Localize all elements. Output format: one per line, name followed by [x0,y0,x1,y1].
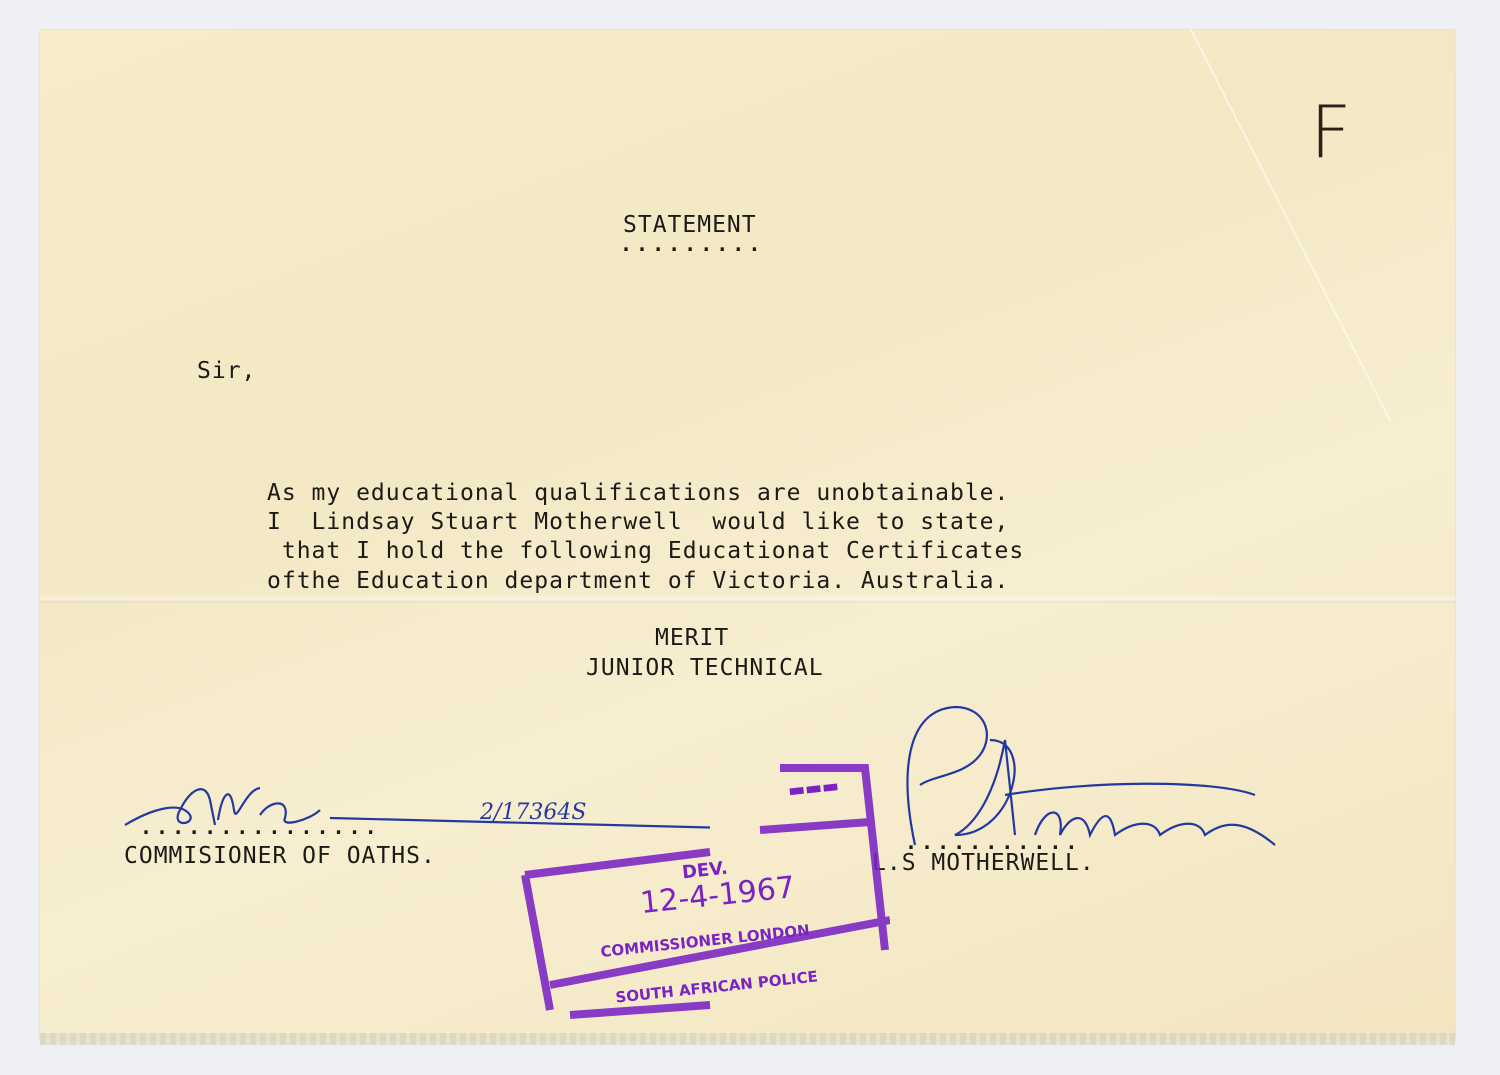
fold-crease [1190,29,1392,422]
rubber-stamp: ▬▬▬ DEV. 12-4-1967 COMMISSIONER LONDON S… [520,760,890,1025]
certificate-merit: MERIT [655,627,729,650]
corner-mark: F [1310,90,1351,174]
body-line-3: that I hold the following Educationat Ce… [267,540,1024,563]
body-line-1: As my educational qualifications are uno… [267,482,1009,505]
commissioner-dots: ............... [140,815,381,839]
body-line-2: I Lindsay Stuart Motherwell would like t… [267,511,1009,534]
salutation: Sir, [197,360,256,383]
commissioner-label: COMMISIONER OF OATHS. [124,845,436,868]
applicant-label: L.S MOTHERWELL. [872,852,1095,875]
certificate-junior-technical: JUNIOR TECHNICAL [586,657,824,680]
title-underline: ......... [620,232,764,256]
body-line-4: ofthe Education department of Victoria. … [267,570,1009,593]
torn-edge [40,1033,1455,1045]
